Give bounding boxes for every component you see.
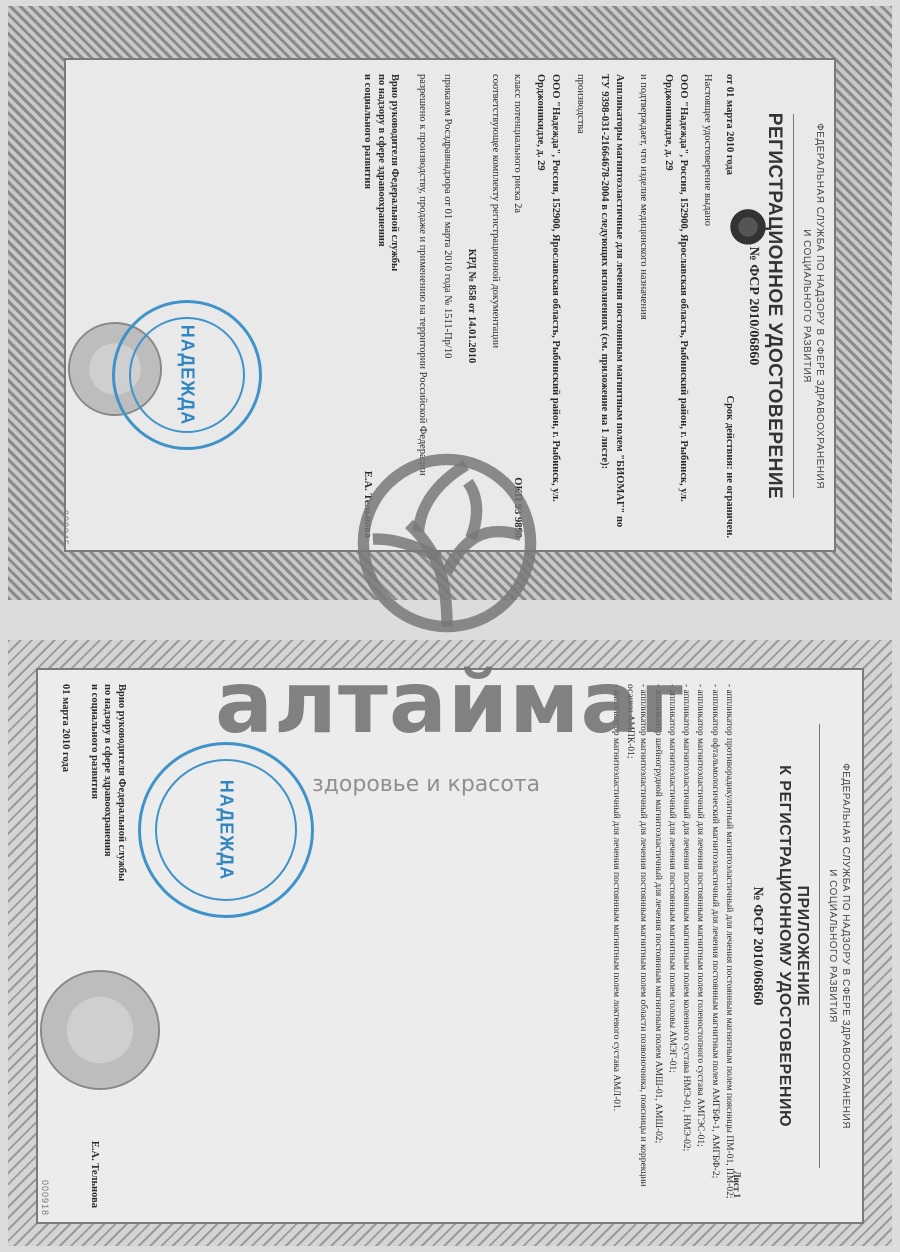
signer-title: Врио руководителя Федеральной службы по … xyxy=(360,74,401,271)
appendix-serial-number: 000918 xyxy=(40,1180,50,1216)
list-item: - аппликатор магнитоэластичный для лечен… xyxy=(623,684,650,1208)
list-item: - аппликатор магнитоэластичный для лечен… xyxy=(679,684,692,1208)
divider xyxy=(819,724,820,1168)
appendix-agency-name: ФЕДЕРАЛЬНАЯ СЛУЖБА ПО НАДЗОРУ В СФЕРЕ ЗД… xyxy=(826,684,852,1208)
confirms-text: и подтверждает, что изделие медицинского… xyxy=(636,74,651,538)
company-stamp: НАДЕЖДА xyxy=(112,300,262,450)
product-description: Аппликаторы магнитоэластичные для лечени… xyxy=(597,74,627,538)
appendix-signer-name: Е.А. Тельнова xyxy=(87,1141,101,1208)
divider xyxy=(793,114,794,498)
certificate-number: № ФСР 2010/06860 xyxy=(745,74,761,538)
appendix-date: 01 марта 2010 года xyxy=(58,684,73,1208)
production-label: производства xyxy=(572,74,587,538)
federal-seal-appendix xyxy=(40,970,160,1090)
company-stamp-appendix: НАДЕЖДА xyxy=(138,742,314,918)
watermark-tagline: здоровье и красота xyxy=(312,772,540,797)
issued-to: ООО "Надежда", Россия, 152900, Ярославск… xyxy=(660,74,690,538)
list-item: - аппликатор противорадикулитный магнито… xyxy=(722,684,735,1208)
appendix-title: ПРИЛОЖЕНИЕ xyxy=(793,684,811,1208)
agency-name: ФЕДЕРАЛЬНАЯ СЛУЖБА ПО НАДЗОРУ В СФЕРЕ ЗД… xyxy=(800,74,826,538)
sheet-number: Лист 1 xyxy=(732,1171,742,1198)
altaimag-logo-icon xyxy=(352,448,542,638)
appendix-number: № ФСР 2010/06860 xyxy=(749,684,765,1208)
list-item: - аппликатор магнитоэластичный для лечен… xyxy=(693,684,706,1208)
appendix-signer-title: Врио руководителя Федеральной службы по … xyxy=(87,684,128,881)
serial-number: 008045 xyxy=(64,510,70,546)
validity: Срок действия: не ограничен. xyxy=(724,395,735,538)
appendix-subtitle: К РЕГИСТРАЦИОННОМУ УДОСТОВЕРЕНИЮ xyxy=(775,684,793,1208)
risk-class: класс потенциального риска 2а xyxy=(512,74,523,213)
issued-intro: Настоящее удостоверение выдано xyxy=(700,74,715,538)
list-item: - аппликатор магнитоэластичный для лечен… xyxy=(608,684,621,1208)
list-item: - аппликатор офтальмологический магнитоэ… xyxy=(707,684,720,1208)
list-item: - аппликатор шейногрудной магнитоэластич… xyxy=(650,684,663,1208)
watermark-brand: алтаймаг xyxy=(215,660,685,746)
certificate-date: от 01 марта 2010 года xyxy=(724,74,735,175)
list-item: - аппликатор магнитоэластичный для лечен… xyxy=(665,684,678,1208)
certificate-title: РЕГИСТРАЦИОННОЕ УДОСТОВЕРЕНИЕ xyxy=(763,74,785,538)
product-list: - аппликатор противорадикулитный магнито… xyxy=(608,684,735,1208)
